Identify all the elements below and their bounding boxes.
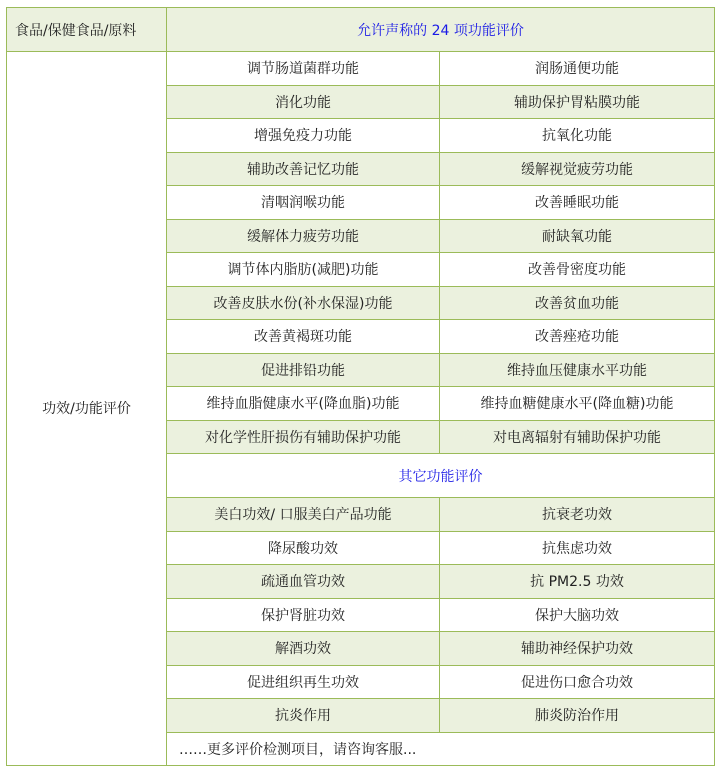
side-label: 功效/功能评价: [7, 52, 167, 766]
function-cell: 对电离辐射有辅助保护功能: [440, 420, 715, 454]
function-cell: 解酒功效: [167, 632, 440, 666]
function-cell: 美白功效/ 口服美白产品功能: [167, 498, 440, 532]
function-cell: 改善皮肤水份(补水保湿)功能: [167, 286, 440, 320]
function-cell: 保护肾脏功效: [167, 598, 440, 632]
function-cell: 促进排铅功能: [167, 353, 440, 387]
function-cell: 对化学性肝损伤有辅助保护功能: [167, 420, 440, 454]
function-cell: 改善睡眠功能: [440, 186, 715, 220]
function-cell: 抗氧化功能: [440, 119, 715, 153]
function-cell: 促进组织再生功效: [167, 665, 440, 699]
function-cell: 抗炎作用: [167, 699, 440, 733]
function-cell: 辅助神经保护功效: [440, 632, 715, 666]
function-cell: 调节肠道菌群功能: [167, 52, 440, 86]
function-cell: 抗焦虑功效: [440, 531, 715, 565]
function-cell: 保护大脑功效: [440, 598, 715, 632]
other-functions-title: 其它功能评价: [167, 454, 715, 498]
function-cell: 改善贫血功能: [440, 286, 715, 320]
category-header: 食品/保健食品/原料: [7, 8, 167, 52]
function-cell: 维持血压健康水平功能: [440, 353, 715, 387]
function-cell: 维持血脂健康水平(降血脂)功能: [167, 387, 440, 421]
function-cell: 维持血糖健康水平(降血糖)功能: [440, 387, 715, 421]
function-cell: 辅助改善记忆功能: [167, 152, 440, 186]
function-cell: 改善黄褐斑功能: [167, 320, 440, 354]
function-cell: 清咽润喉功能: [167, 186, 440, 220]
function-cell: 缓解视觉疲劳功能: [440, 152, 715, 186]
function-cell: 疏通血管功效: [167, 565, 440, 599]
function-cell: 降尿酸功效: [167, 531, 440, 565]
function-cell: 耐缺氧功能: [440, 219, 715, 253]
function-cell: 辅助保护胃粘膜功能: [440, 85, 715, 119]
function-cell: 消化功能: [167, 85, 440, 119]
header-row: 食品/保健食品/原料 允许声称的 24 项功能评价: [7, 8, 715, 52]
function-evaluation-table: 食品/保健食品/原料 允许声称的 24 项功能评价 功效/功能评价 调节肠道菌群…: [6, 7, 715, 766]
function-cell: 抗 PM2.5 功效: [440, 565, 715, 599]
function-cell: 促进伤口愈合功效: [440, 665, 715, 699]
function-cell: 缓解体力疲劳功能: [167, 219, 440, 253]
function-cell: 抗衰老功效: [440, 498, 715, 532]
function-cell: 改善骨密度功能: [440, 253, 715, 287]
table-row: 功效/功能评价 调节肠道菌群功能 润肠通便功能: [7, 52, 715, 86]
function-cell: 增强免疫力功能: [167, 119, 440, 153]
function-cell: 改善痤疮功能: [440, 320, 715, 354]
function-cell: 润肠通便功能: [440, 52, 715, 86]
function-cell: 调节体内脂肪(减肥)功能: [167, 253, 440, 287]
more-items-note: ……更多评价检测项目，请咨询客服...: [167, 732, 715, 765]
function-cell: 肺炎防治作用: [440, 699, 715, 733]
allowed-functions-title: 允许声称的 24 项功能评价: [167, 8, 715, 52]
